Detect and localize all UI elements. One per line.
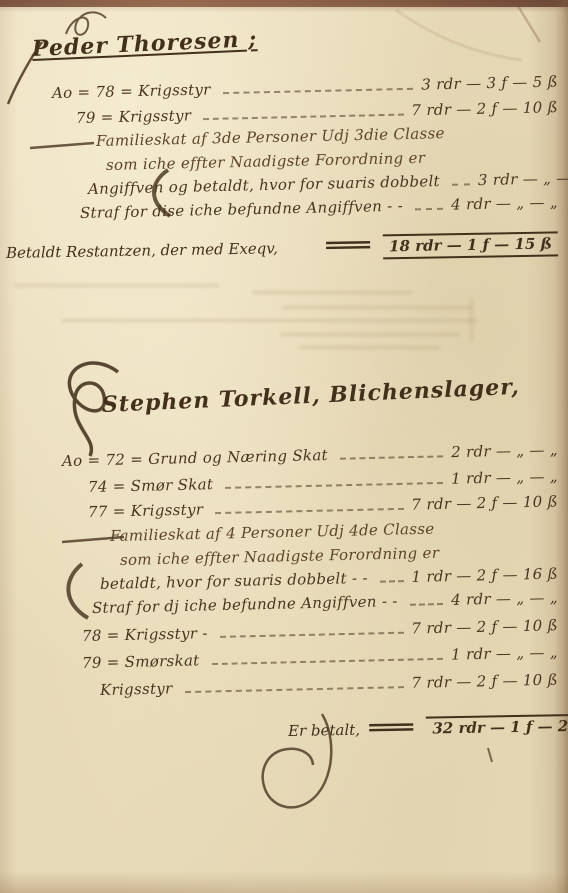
mark-small-tick xyxy=(488,748,492,762)
line-text: Familieskat af 3de Personer Udj 3die Cla… xyxy=(96,124,445,150)
line-text: Straf for dj iche befundne Angiffven - - xyxy=(92,592,398,617)
line-amount: 2 rdr — „ — „ xyxy=(451,441,558,461)
dot-leader xyxy=(410,602,444,606)
flourish-topright-corner xyxy=(518,6,540,42)
line-amount: 3 rdr — 3 ƒ — 5 ß xyxy=(421,73,558,94)
page-top-edge xyxy=(0,0,568,7)
line-text: betaldt, hvor for suaris dobbelt - - xyxy=(100,569,368,593)
ledger-line: 77 = Krigsstyr 7 rdr — 2 ƒ — 10 ß xyxy=(88,492,558,521)
line-text: Angiffven og betaldt, hvor for suaris do… xyxy=(88,172,440,198)
ledger-line: Ao = 72 = Grund og Næring Skat 2 rdr — „… xyxy=(62,441,558,470)
dot-leader xyxy=(220,631,404,638)
line-text: Straf for dise iche befundne Angiffven -… xyxy=(80,197,403,222)
bleed-through-mark xyxy=(62,319,477,322)
dot-leader xyxy=(223,87,414,94)
line-amount: 7 rdr — 2 ƒ — 10 ß xyxy=(411,671,558,692)
ledger-line: som iche effter Naadigste Forordning er xyxy=(106,149,426,174)
bleed-through-mark xyxy=(282,306,472,309)
ledger-line: Angiffven og betaldt, hvor for suaris do… xyxy=(88,169,558,198)
ledger-line: Krigsstyr 7 rdr — 2 ƒ — 10 ß xyxy=(100,671,558,699)
line-text: Ao = 72 = Grund og Næring Skat xyxy=(62,446,328,470)
total-label: Er betalt, xyxy=(288,721,360,740)
dot-leader xyxy=(225,481,443,489)
equals-mark: = xyxy=(318,232,377,259)
ledger-line: betaldt, hvor for suaris dobbelt - - 1 r… xyxy=(100,565,558,593)
dot-leader xyxy=(380,579,404,583)
flourish-topright-faint xyxy=(396,10,522,60)
section1-total-row: Betaldt Restantzen, der med Exeqv, = 18 … xyxy=(6,228,558,266)
dot-leader xyxy=(415,207,443,211)
line-amount: 4 rdr — „ — „ xyxy=(451,193,558,213)
ledger-line: 74 = Smør Skat 1 rdr — „ — „ xyxy=(88,467,558,496)
dot-leader xyxy=(212,657,444,665)
line-amount: 7 rdr — 2 ƒ — 10 ß xyxy=(411,98,558,119)
equals-mark: = xyxy=(361,714,420,741)
dot-leader xyxy=(452,182,470,185)
dot-leader xyxy=(203,113,403,121)
total-amount: 32 rdr — 1 ƒ — 22 ß xyxy=(426,714,568,740)
dot-leader xyxy=(215,507,403,514)
line-text: Familieskat af 4 Personer Udj 4de Classe xyxy=(110,520,435,545)
ledger-line: 79 = Krigsstyr 7 rdr — 2 ƒ — 10 ß xyxy=(76,98,558,127)
ledger-line: Straf for dise iche befundne Angiffven -… xyxy=(80,193,558,222)
dot-leader xyxy=(185,685,404,693)
ledger-line: som iche effter Naadigste Forordning er xyxy=(120,544,440,569)
line-text: 77 = Krigsstyr xyxy=(88,500,204,521)
flourish-header1-curls xyxy=(66,12,106,34)
section2-total-row: Er betalt, = 32 rdr — 1 ƒ — 22 ß xyxy=(288,711,558,742)
ledger-line: Familieskat af 3de Personer Udj 3die Cla… xyxy=(96,124,445,150)
ledger-line: 78 = Krigsstyr - 7 rdr — 2 ƒ — 10 ß xyxy=(82,616,558,645)
line-text: Ao = 78 = Krigsstyr xyxy=(52,80,211,102)
section2-header: Stephen Torkell, Blichenslager, xyxy=(101,374,520,418)
ledger-line: Straf for dj iche befundne Angiffven - -… xyxy=(92,588,558,617)
total-label: Betaldt Restantzen, der med Exeqv, xyxy=(6,239,278,262)
line-text: Krigsstyr xyxy=(100,679,173,699)
line-amount: 4 rdr — „ — „ xyxy=(451,588,558,608)
dot-leader xyxy=(340,454,443,459)
total-spacer xyxy=(278,253,317,254)
total-amount: 18 rdr — 1 ƒ — 15 ß xyxy=(383,231,558,259)
ledger-line: Ao = 78 = Krigsstyr 3 rdr — 3 ƒ — 5 ß xyxy=(52,73,558,102)
ledger-line: 79 = Smørskat 1 rdr — „ — „ xyxy=(82,643,558,672)
flourish-dash-familieskat1 xyxy=(30,143,94,148)
line-amount: 3 rdr — „ — „ xyxy=(478,169,568,189)
line-amount: 1 rdr — „ — „ xyxy=(451,643,558,663)
line-text: 74 = Smør Skat xyxy=(88,475,214,496)
bleed-through-mark xyxy=(300,346,440,349)
line-text: som iche effter Naadigste Forordning er xyxy=(106,149,426,174)
section1-header: Peder Thoresen ; xyxy=(31,26,257,62)
line-amount: 7 rdr — 2 ƒ — 10 ß xyxy=(411,616,558,637)
line-text: 78 = Krigsstyr - xyxy=(82,624,208,645)
line-amount: 1 rdr — 2 ƒ — 16 ß xyxy=(411,565,558,586)
ledger-line: Familieskat af 4 Personer Udj 4de Classe xyxy=(110,520,435,545)
bleed-through-mark xyxy=(470,298,473,342)
bleed-through-mark xyxy=(14,284,219,287)
line-amount: 1 rdr — „ — „ xyxy=(451,467,558,487)
manuscript-page: Peder Thoresen ; Ao = 78 = Krigsstyr 3 r… xyxy=(0,0,568,893)
bleed-through-mark xyxy=(252,291,412,294)
line-text: som iche effter Naadigste Forordning er xyxy=(120,544,440,569)
flourish-brace2 xyxy=(68,564,88,618)
line-text: 79 = Krigsstyr xyxy=(76,106,192,127)
bleed-through-mark xyxy=(280,333,460,336)
line-text: 79 = Smørskat xyxy=(82,651,200,672)
line-amount: 7 rdr — 2 ƒ — 10 ß xyxy=(411,492,558,513)
